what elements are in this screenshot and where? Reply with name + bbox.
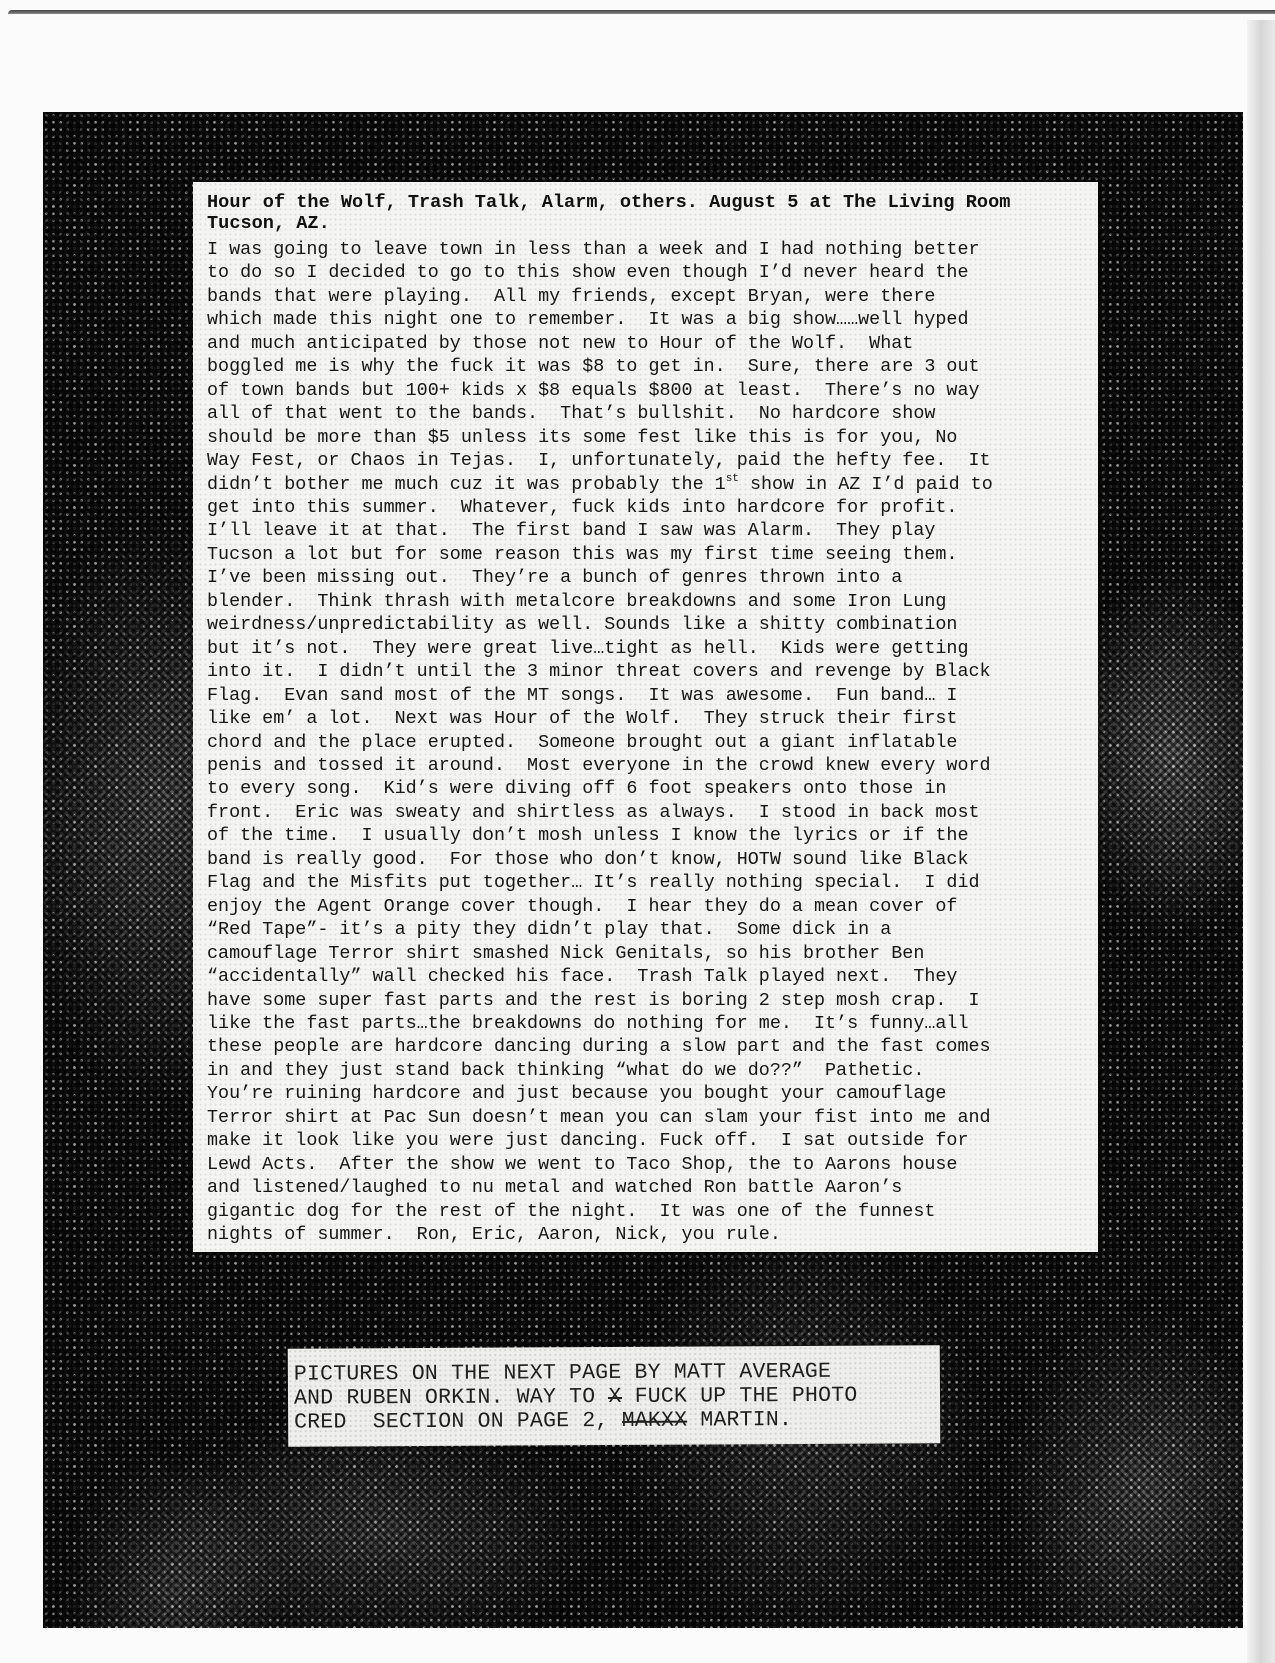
review-line: nights of summer. Ron, Eric, Aaron, Nick… [207, 1223, 1098, 1246]
review-line: band is really good. For those who don’t… [207, 848, 1098, 871]
review-line: I’ll leave it at that. The first band I … [207, 519, 1098, 542]
review-line: penis and tossed it around. Most everyon… [207, 754, 1098, 777]
review-line: of the time. I usually don’t mosh unless… [207, 824, 1098, 847]
review-line: to do so I decided to go to this show ev… [207, 261, 1098, 284]
review-line: You’re ruining hardcore and just because… [207, 1082, 1098, 1105]
review-line: enjoy the Agent Orange cover though. I h… [207, 895, 1098, 918]
review-line: but it’s not. They were great live…tight… [207, 637, 1098, 660]
page-binding-shadow [1247, 20, 1275, 1663]
review-line: like the fast parts…the breakdowns do no… [207, 1012, 1098, 1035]
review-line: gigantic dog for the rest of the night. … [207, 1200, 1098, 1223]
review-line: bands that were playing. All my friends,… [207, 285, 1098, 308]
review-line: Flag. Evan sand most of the MT songs. It… [207, 684, 1098, 707]
review-line: into it. I didn’t until the 3 minor thre… [207, 660, 1098, 683]
review-line: and much anticipated by those not new to… [207, 332, 1098, 355]
review-line: which made this night one to remember. I… [207, 308, 1098, 331]
review-title: Hour of the Wolf, Trash Talk, Alarm, oth… [207, 192, 1087, 234]
review-line: “Red Tape”- it’s a pity they didn’t play… [207, 918, 1098, 941]
struck-out-text: MAKXX [622, 1409, 688, 1433]
review-line: Terror shirt at Pac Sun doesn’t mean you… [207, 1106, 1098, 1129]
caption-line-1: PICTURES ON THE NEXT PAGE BY MATT AVERAG… [294, 1359, 940, 1386]
review-line: blender. Think thrash with metalcore bre… [207, 590, 1098, 613]
caption-line-3: CRED SECTION ON PAGE 2, MAKXX MARTIN. [294, 1407, 940, 1434]
review-line: all of that went to the bands. That’s bu… [207, 402, 1098, 425]
review-line: I’ve been missing out. They’re a bunch o… [207, 566, 1098, 589]
review-line: boggled me is why the fuck it was $8 to … [207, 355, 1098, 378]
review-line: chord and the place erupted. Someone bro… [207, 731, 1098, 754]
review-line: of town bands but 100+ kids x $8 equals … [207, 379, 1098, 402]
review-line: weirdness/unpredictability as well. Soun… [207, 613, 1098, 636]
review-line: and listened/laughed to nu metal and wat… [207, 1176, 1098, 1199]
show-review-clipping: Hour of the Wolf, Trash Talk, Alarm, oth… [193, 182, 1098, 1252]
review-line: Lewd Acts. After the show we went to Tac… [207, 1153, 1098, 1176]
ordinal-superscript: st [726, 473, 739, 485]
review-line: to every song. Kid’s were diving off 6 f… [207, 777, 1098, 800]
review-line: Tucson a lot but for some reason this wa… [207, 543, 1098, 566]
review-line: Way Fest, or Chaos in Tejas. I, unfortun… [207, 449, 1098, 472]
review-line: have some super fast parts and the rest … [207, 989, 1098, 1012]
review-body: I was going to leave town in less than a… [207, 238, 1098, 1246]
review-line: make it look like you were just dancing.… [207, 1129, 1098, 1152]
page-top-edge [8, 10, 1275, 14]
review-line: camouflage Terror shirt smashed Nick Gen… [207, 942, 1098, 965]
review-line: I was going to leave town in less than a… [207, 238, 1098, 261]
review-line: “accidentally” wall checked his face. Tr… [207, 965, 1098, 988]
review-line: these people are hardcore dancing during… [207, 1035, 1098, 1058]
struck-out-text: X [608, 1385, 621, 1409]
review-line: should be more than $5 unless its some f… [207, 426, 1098, 449]
review-line: get into this summer. Whatever, fuck kid… [207, 496, 1098, 519]
caption-line-2: AND RUBEN ORKIN. WAY TO X FUCK UP THE PH… [294, 1383, 940, 1410]
review-line: in and they just stand back thinking “wh… [207, 1059, 1098, 1082]
review-line: didn’t bother me much cuz it was probabl… [207, 473, 1098, 496]
photo-credit-caption: PICTURES ON THE NEXT PAGE BY MATT AVERAG… [288, 1345, 941, 1446]
review-line: like em’ a lot. Next was Hour of the Wol… [207, 707, 1098, 730]
review-line: Flag and the Misfits put together… It’s … [207, 871, 1098, 894]
review-line: front. Eric was sweaty and shirtless as … [207, 801, 1098, 824]
